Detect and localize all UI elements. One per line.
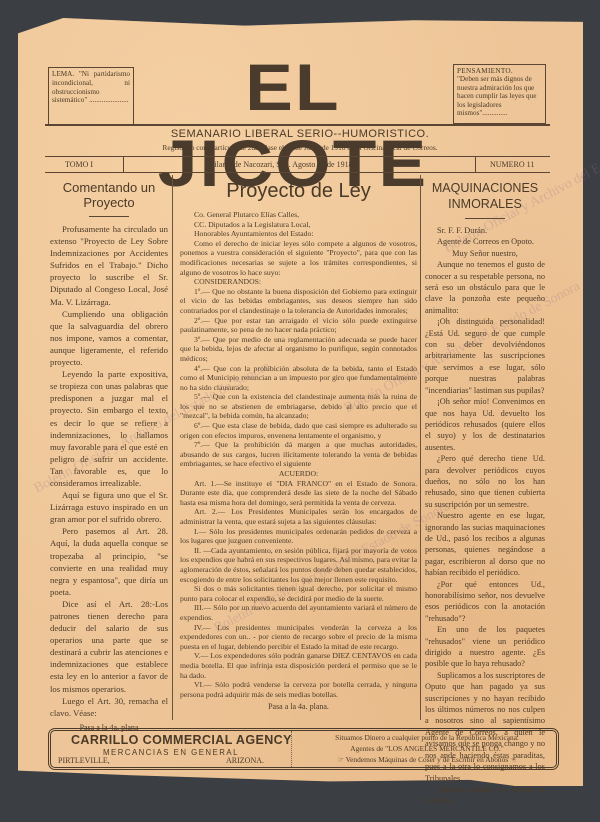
- thought-text: "Deben ser más dignos de nuestra admirac…: [457, 75, 542, 117]
- paragraph: Luego el Art. 30, remacha el clavo. Véas…: [50, 695, 168, 719]
- paragraph: ¡Mucho cuidado, Sr. Agente de Correos!: [425, 784, 545, 807]
- article-clause: Si dos o más solicitantes tienen igual d…: [180, 584, 417, 603]
- heading-rule: [89, 216, 129, 217]
- ad-city: PIRTLEVILLE,: [58, 756, 110, 765]
- continued-note: Pasa a la 4a. plana.: [180, 702, 417, 712]
- considerando: 2º.— Que por estar tan arraigado el vici…: [180, 316, 417, 335]
- ad-tagline: MERCANCIAS EN GENERAL: [103, 748, 239, 757]
- place-date: Pilares de Nacozari, Son. Agosto 11 de 1…: [210, 160, 355, 169]
- motto-box: LEMA. "Ni partidarismo incondicional, ni…: [48, 67, 134, 125]
- paragraph: ¡Oh distinguida personalidad! ¿Está Ud. …: [425, 316, 545, 396]
- salutation-line: Honorables Ayuntamientos del Estado:: [180, 229, 417, 239]
- column-rule: [172, 175, 173, 720]
- article-clause: I.— Sólo los presidentes municipales ord…: [180, 527, 417, 546]
- ad-company: CARRILLO COMMERCIAL AGENCY: [71, 733, 292, 747]
- considerando: 4º.— Que con la prohibición absoluta de …: [180, 364, 417, 393]
- thought-box: PENSAMIENTO. "Deben ser más dignos de nu…: [453, 64, 546, 124]
- paragraph: Como el derecho de iniciar leyes sólo co…: [180, 239, 417, 277]
- salutation-line: Co. General Plutarco Elías Calles,: [180, 210, 417, 220]
- paragraph: Aquí se figura uno que el Sr. Lizárraga …: [50, 489, 168, 525]
- salutation-line: CC. Diputados a la Legislatura Local,: [180, 220, 417, 230]
- section-label: CONSIDERANDOS:: [180, 277, 417, 287]
- advertisement-banner: CARRILLO COMMERCIAL AGENCY MERCANCIAS EN…: [48, 728, 559, 770]
- masthead-rule: [45, 124, 550, 126]
- article-maquinaciones: MAQUINACIONES INMORALES Sr. F. F. Durán.…: [425, 180, 545, 807]
- paragraph: Pero pasemos al Art. 28. Aquí, la duda a…: [50, 525, 168, 598]
- heading-rule: [465, 218, 505, 219]
- paragraph: Leyendo la parte expositiva, se tropieza…: [50, 368, 168, 489]
- paragraph: Dice así el Art. 28:-Los patrones tienen…: [50, 598, 168, 695]
- paragraph: En uno de los paquetes "rehusados" viene…: [425, 624, 545, 670]
- paragraph: ¡Oh señor mío! Convenimos en que nos hay…: [425, 396, 545, 453]
- greeting: Muy Señor nuestro,: [425, 248, 545, 259]
- addressee-title: Agente de Correos en Opoto.: [425, 236, 545, 247]
- registration-note: Registrado como artículo de 2da. clase e…: [0, 143, 600, 152]
- paragraph: Cumpliendo una obligación que la salvagu…: [50, 308, 168, 368]
- considerando: 1º.— Que no obstante la buena disposició…: [180, 287, 417, 316]
- article-heading: Comentando un Proyecto: [50, 180, 168, 210]
- subtitle: SEMANARIO LIBERAL SERIO--HUMORISTICO.: [0, 128, 600, 140]
- paragraph: Profusamente ha circulado un extenso "Pr…: [50, 223, 168, 308]
- article-clause: IV.— Los presidentes municipales venderá…: [180, 623, 417, 652]
- divider: [123, 157, 124, 172]
- section-label: ACUERDO:: [180, 469, 417, 479]
- thought-label: PENSAMIENTO.: [457, 67, 542, 75]
- article-clause: II. —Cada ayuntamiento, en sesión públic…: [180, 546, 417, 584]
- paragraph: ¿Por qué entonces Ud., honorabilísimo se…: [425, 579, 545, 625]
- article-heading: MAQUINACIONES INMORALES: [425, 180, 545, 212]
- paragraph: Aunque no tenemos el gusto de conocer a …: [425, 259, 545, 316]
- issue-number: NUMERO 11: [490, 160, 534, 169]
- paragraph: Nuestro agente en ese lugar, ignorando l…: [425, 510, 545, 578]
- divider: [475, 157, 476, 172]
- considerando: 6º.— Que esta clase de bebida, dado que …: [180, 421, 417, 440]
- article-clause: III.— Sólo por un nuevo acuerdo del ayun…: [180, 603, 417, 622]
- considerando: 5º.— Que con la existencia del clandesti…: [180, 392, 417, 421]
- article-clause: V.— Los expendedores sólo podrán ganarse…: [180, 651, 417, 680]
- ad-line-2: Agentes de "LOS ANGELES MERCANTILE CO.": [301, 744, 553, 753]
- volume: TOMO I: [65, 160, 93, 169]
- masthead: LEMA. "Ni partidarismo incondicional, ni…: [28, 55, 548, 125]
- article-clause: Art. 2.— Los Presidentes Municipales ser…: [180, 507, 417, 526]
- article-clause: Art. 1.—Se instituye el "DIA FRANCO" en …: [180, 479, 417, 508]
- considerando: 3º.— Que por medio de una reglamentación…: [180, 335, 417, 364]
- addressee: Sr. F. F. Durán.: [425, 225, 545, 236]
- article-proyecto-de-ley: Proyecto de Ley Co. General Plutarco Elí…: [180, 180, 417, 712]
- ad-divider: [291, 731, 292, 767]
- article-clause: VI.— Sólo podrá venderse la cerveza por …: [180, 680, 417, 699]
- article-comentando: Comentando un Proyecto Profusamente ha c…: [50, 180, 168, 734]
- column-rule: [420, 175, 421, 720]
- ad-line-3: ☞ Vendemos Máquinas de Coser y de Escrib…: [301, 755, 553, 764]
- dateline: TOMO I Pilares de Nacozari, Son. Agosto …: [45, 156, 550, 173]
- article-heading: Proyecto de Ley: [180, 180, 417, 202]
- ad-line-1: Situamos Dinero a cualquier punto de la …: [301, 733, 553, 742]
- considerando: 7º.— Que la prohibición dá margen a que …: [180, 440, 417, 469]
- paragraph: ¿Pero qué derecho tiene Ud. para devolve…: [425, 453, 545, 510]
- ad-state: ARIZONA.: [226, 756, 264, 765]
